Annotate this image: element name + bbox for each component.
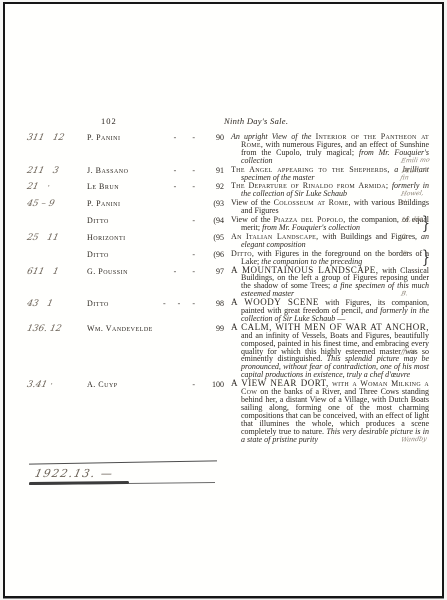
lot-row: Ditto - (96 Ditto, with Figures in the f…	[27, 250, 429, 266]
dash-leaders: - -	[174, 182, 195, 191]
lot-description: A WOODY SCENE with Figures, its companio…	[231, 299, 429, 323]
lot-row: 136. 12 Wm. Vandevelde 99 A CALM, WITH M…	[27, 324, 429, 379]
artist-column: Wm. Vandevelde	[87, 324, 205, 333]
handwritten-price: 21 ·	[26, 182, 88, 192]
artist-name: G. Poussin	[87, 267, 128, 276]
handwritten-note: ilt	[400, 250, 436, 258]
page-number: 102	[101, 116, 117, 126]
lot-number: 91	[205, 166, 231, 175]
lot-number: 99	[205, 324, 231, 333]
lot-number: 97	[205, 267, 231, 276]
lot-description: A CALM, WITH MEN OF WAR AT ANCHOR, and a…	[231, 324, 429, 379]
artist-name: P. Panini	[87, 199, 121, 208]
dash-leaders: - -	[174, 133, 195, 142]
lot-number: 90	[205, 133, 231, 142]
lot-description: An upright View of the Interior of the P…	[231, 133, 429, 165]
dash-leaders: -	[192, 216, 195, 225]
lot-number: (93	[205, 199, 231, 208]
lot-row: 611 1 G. Poussin - - 97 A MOUNTAINOUS LA…	[27, 267, 429, 299]
lot-row: 25 11 Horizonti (95 An Italian Landscape…	[27, 233, 429, 249]
handwritten-note: ff, in	[400, 348, 436, 356]
artist-name: Horizonti	[87, 233, 126, 242]
dash-leaders: -	[192, 250, 195, 259]
lot-row: 311 12 P. Panini - - 90 An upright View …	[27, 133, 429, 165]
artist-column: Ditto -	[87, 216, 205, 225]
artist-name: Ditto	[87, 216, 109, 225]
handwritten-price: 25 11	[26, 233, 88, 243]
handwritten-note: th	[400, 200, 436, 208]
handwritten-price: 3.41 ·	[26, 380, 88, 390]
lot-row: Ditto - (94 View of the Piazza del Popol…	[27, 216, 429, 232]
lot-number: 92	[205, 182, 231, 191]
lot-row: 211 3 J. Bassano - - 91 The Angel appear…	[27, 166, 429, 182]
lot-row: 43 1 Ditto - - - 98 A WOODY SCENE with F…	[27, 299, 429, 323]
artist-column: Le Brun - -	[87, 182, 205, 191]
artist-column: Horizonti	[87, 233, 205, 242]
handwritten-price: 45 – 9	[26, 199, 88, 209]
lot-row: 21 · Le Brun - - 92 The Departure of Rin…	[27, 182, 429, 198]
page-header: 102 Ninth Day's Sale.	[5, 116, 442, 128]
artist-name: Le Brun	[87, 182, 119, 191]
lot-description: The Departure of Rinaldo from Armida; fo…	[231, 182, 429, 198]
page-title: Ninth Day's Sale.	[224, 116, 288, 126]
handwritten-note: Fauri, A fin	[399, 167, 436, 182]
artist-name: A. Cuyp	[87, 380, 118, 389]
footer-total-block: 1922.13. —	[29, 462, 229, 484]
handwritten-price: 311 12	[26, 133, 88, 143]
artist-column: J. Bassano - -	[87, 166, 205, 175]
lot-number: (95	[205, 233, 231, 242]
lot-description: A VIEW NEAR DORT, with a Woman Milking a…	[231, 380, 429, 443]
artist-column: Ditto - - -	[87, 299, 205, 308]
dash-leaders: -	[192, 380, 195, 389]
artist-column: P. Panini - -	[87, 133, 205, 142]
scanned-page: 102 Ninth Day's Sale. 311 12 P. Panini -…	[3, 2, 444, 598]
dash-leaders: - -	[174, 267, 195, 276]
artist-column: A. Cuyp -	[87, 380, 205, 389]
handwritten-price: 611 1	[26, 267, 88, 277]
lot-number: (96	[205, 250, 231, 259]
artist-column: P. Panini	[87, 199, 205, 208]
artist-column: Ditto -	[87, 250, 205, 259]
total-rule-bottom	[29, 482, 215, 485]
dash-leaders: - - -	[163, 299, 195, 308]
artist-name: Wm. Vandevelde	[87, 324, 153, 333]
lot-number: 100	[205, 380, 231, 389]
artist-column: G. Poussin - -	[87, 267, 205, 276]
handwritten-note: Wandby	[400, 436, 436, 444]
lot-list: 311 12 P. Panini - - 90 An upright View …	[27, 133, 429, 444]
artist-name: P. Panini	[87, 133, 121, 142]
artist-name: J. Bassano	[87, 166, 128, 175]
lot-row: 3.41 · A. Cuyp - 100 A VIEW NEAR DORT, w…	[27, 380, 429, 443]
handwritten-note: 16, Ha	[400, 216, 436, 224]
handwritten-price: 43 1	[26, 299, 88, 309]
handwritten-note: ft	[400, 233, 436, 241]
handwritten-total: 1922.13. —	[34, 467, 115, 480]
artist-name: Ditto	[87, 250, 109, 259]
artist-name: Ditto	[87, 299, 109, 308]
handwritten-price: 136. 12	[26, 324, 88, 334]
handwritten-price: 211 3	[26, 166, 88, 176]
lot-number: (94	[205, 216, 231, 225]
lot-number: 98	[205, 299, 231, 308]
lot-description: A MOUNTAINOUS LANDSCAPE, with Classical …	[231, 267, 429, 299]
lot-row: 45 – 9 P. Panini (93 View of the Colosse…	[27, 199, 429, 215]
total-rule-top	[29, 460, 217, 464]
dash-leaders: - -	[174, 166, 195, 175]
